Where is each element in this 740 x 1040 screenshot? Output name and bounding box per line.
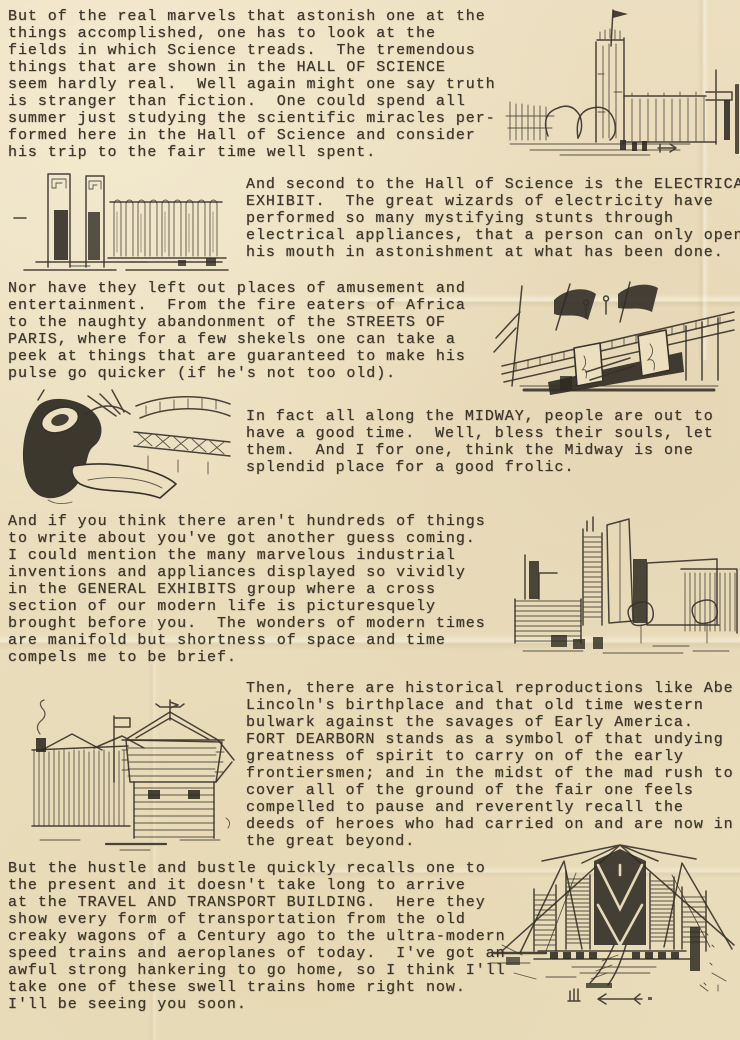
paragraph-streets-of-paris: Nor have they left out places of amuseme… bbox=[8, 280, 466, 382]
letter-page: But of the real marvels that astonish on… bbox=[0, 0, 740, 1040]
general-exhibits-buildings-sketch-svg bbox=[503, 503, 740, 658]
illustration-electrical-building bbox=[10, 162, 238, 276]
travel-and-transport-building-sketch-svg bbox=[486, 833, 740, 1033]
paragraph-travel-and-transport: But the hustle and bustle quickly recall… bbox=[8, 860, 506, 1013]
paragraph-fort-dearborn: Then, there are historical reproductions… bbox=[246, 680, 734, 850]
paragraph-electrical-exhibit: And second to the Hall of Science is the… bbox=[246, 176, 740, 261]
electrical-building-sketch-svg bbox=[10, 162, 238, 276]
paragraph-midway: In fact all along the MIDWAY, people are… bbox=[246, 408, 714, 476]
illustration-travel-and-transport bbox=[486, 833, 740, 1033]
illustration-midway bbox=[8, 388, 234, 512]
paragraph-general-exhibits: And if you think there aren't hundreds o… bbox=[8, 513, 486, 666]
fort-dearborn-blockhouse-sketch-svg bbox=[10, 698, 240, 853]
hall-of-science-sketch-svg bbox=[500, 4, 740, 156]
illustration-general-exhibits bbox=[503, 503, 740, 658]
midway-rides-sketch-svg bbox=[8, 388, 234, 512]
illustration-streets-of-paris bbox=[490, 278, 740, 396]
streets-of-paris-sketch-svg bbox=[490, 278, 740, 396]
illustration-hall-of-science bbox=[500, 4, 740, 156]
illustration-fort-dearborn bbox=[10, 698, 240, 853]
paragraph-hall-of-science: But of the real marvels that astonish on… bbox=[8, 8, 496, 161]
